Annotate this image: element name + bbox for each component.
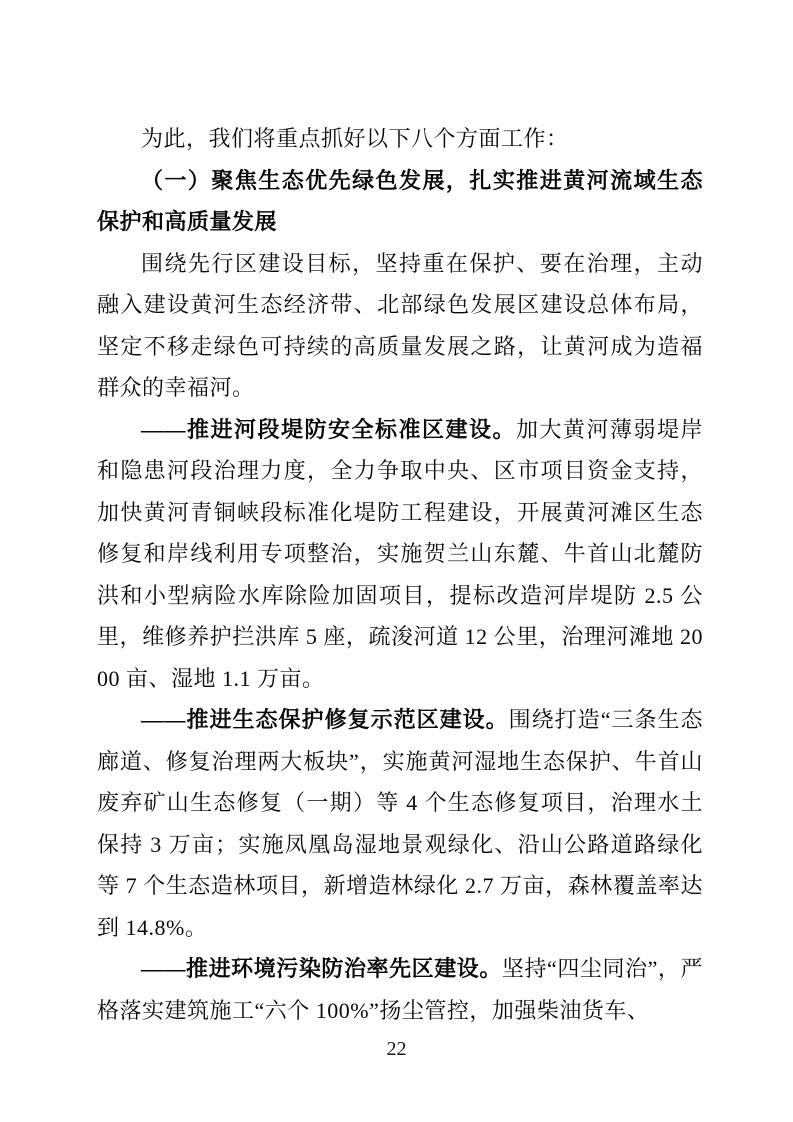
document-body: 为此，我们将重点抓好以下八个方面工作： （一）聚焦生态优先绿色发展，扎实推进黄河… bbox=[97, 118, 703, 1031]
dash-heading-levee: ——推进河段堤防安全标准区建设。 bbox=[141, 417, 516, 442]
paragraph-dash-ecology: ——推进生态保护修复示范区建设。围绕打造“三条生态廊道、修复治理两大板块”，实施… bbox=[97, 699, 703, 948]
paragraph-dash-pollution: ——推进环境污染防治率先区建设。坚持“四尘同治”，严格落实建筑施工“六个 100… bbox=[97, 948, 703, 1031]
paragraph-intro-text: 为此，我们将重点抓好以下八个方面工作： bbox=[141, 126, 569, 151]
dash-heading-ecology: ——推进生态保护修复示范区建设。 bbox=[141, 707, 509, 732]
paragraph-overview-text: 围绕先行区建设目标，坚持重在保护、要在治理，主动融入建设黄河生态经济带、北部绿色… bbox=[97, 251, 703, 401]
dash-heading-pollution: ——推进环境污染防治率先区建设。 bbox=[141, 956, 502, 981]
paragraph-overview: 围绕先行区建设目标，坚持重在保护、要在治理，主动融入建设黄河生态经济带、北部绿色… bbox=[97, 243, 703, 409]
dash-body-levee: 加大黄河薄弱堤岸和隐患河段治理力度，全力争取中央、区市项目资金支持，加快黄河青铜… bbox=[97, 417, 703, 691]
document-page: 为此，我们将重点抓好以下八个方面工作： （一）聚焦生态优先绿色发展，扎实推进黄河… bbox=[0, 0, 793, 1122]
paragraph-dash-levee: ——推进河段堤防安全标准区建设。加大黄河薄弱堤岸和隐患河段治理力度，全力争取中央… bbox=[97, 409, 703, 700]
dash-body-ecology: 围绕打造“三条生态廊道、修复治理两大板块”，实施黄河湿地生态保护、牛首山废弃矿山… bbox=[97, 707, 703, 940]
page-number: 22 bbox=[0, 1036, 793, 1062]
section-heading: （一）聚焦生态优先绿色发展，扎实推进黄河流域生态保护和高质量发展 bbox=[97, 160, 703, 243]
section-heading-text: （一）聚焦生态优先绿色发展，扎实推进黄河流域生态保护和高质量发展 bbox=[97, 168, 703, 235]
paragraph-intro: 为此，我们将重点抓好以下八个方面工作： bbox=[97, 118, 703, 160]
